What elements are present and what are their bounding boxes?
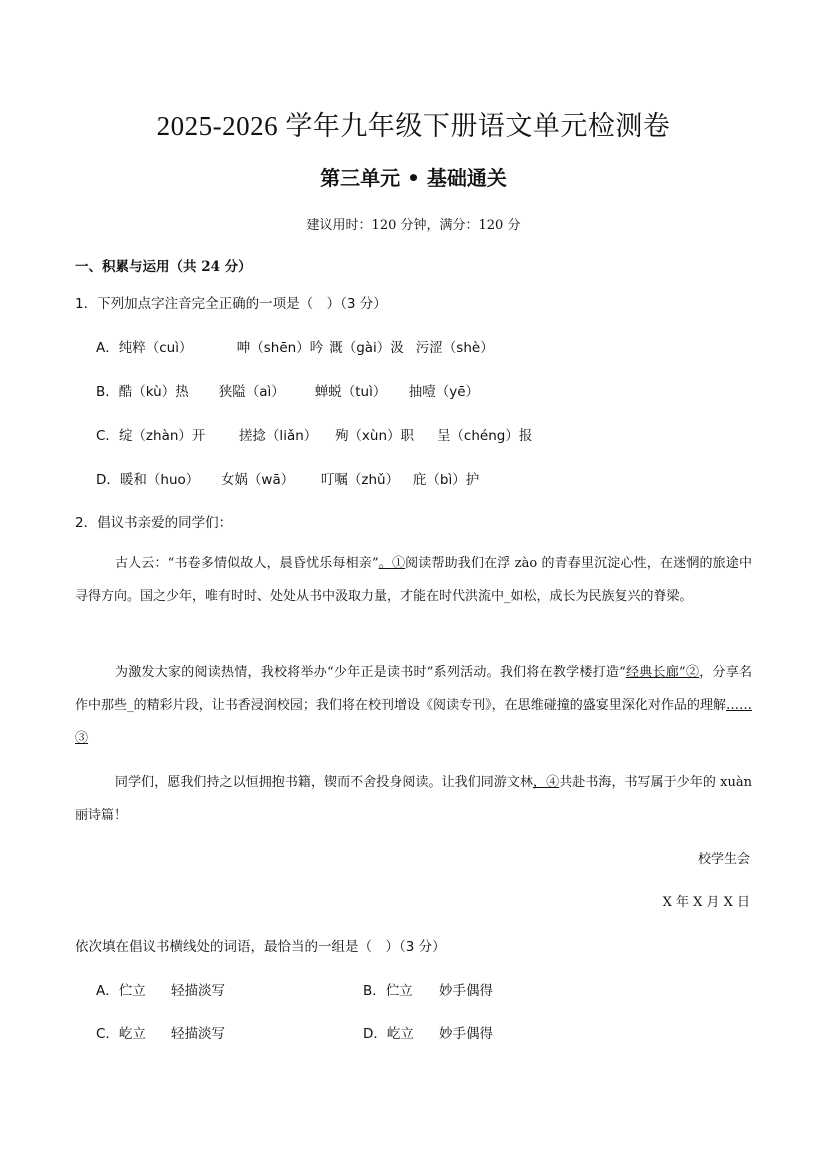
option-label: C． [96,424,119,444]
option-item: 狭隘（aì） [219,380,315,400]
page-title: 2025-2026 学年九年级下册语文单元检测卷 [0,104,827,143]
option-item: 叮嘱（zhǔ） [321,468,413,488]
option-label: A．伫立 [96,979,171,999]
option-value: 妙手偶得 [439,979,493,999]
proposal-paragraph-3: 同学们，愿我们持之以恒拥抱书籍，锲而不舍投身阅读。让我们同游文林，④共赴书海，书… [75,766,752,832]
option-label: A． [96,336,119,356]
question-2-stem: 2．倡议书亲爱的同学们： [75,511,232,531]
option-item: 蝉蜕（tuì） [315,380,409,400]
option-item: 绽（zhàn）开 [119,424,239,444]
marked-text-2: 经典长廊”② [626,665,699,680]
option-label: D． [96,468,120,488]
marked-text-4: ，④ [533,775,559,790]
quote-text: 古人云：“书卷多情似故人，晨昏忧乐每相亲” [115,556,379,571]
option-value: 妙手偶得 [439,1022,493,1042]
date: X 年 X 月 X 日 [663,891,750,910]
q2-option-c: C．屹立轻描淡写 [96,1022,225,1042]
question-1-stem: 1．下列加点字注音完全正确的一项是（ ）（3 分） [75,292,387,312]
option-item: 污涩（shè） [416,336,494,356]
q1-option-a: A．纯粹（cuì）呻（shēn）吟溉（gài）汲污涩（shè） [96,336,494,356]
option-label: C．屹立 [96,1022,171,1042]
paragraph-text: 为激发大家的阅读热情，我校将举办“少年正是读书时”系列活动。我们将在教学楼打造“ [115,665,626,680]
q1-option-b: B．酷（kù）热狭隘（aì）蝉蜕（tuì）抽噎（yē） [96,380,479,400]
option-item: 庇（bì）护 [413,468,479,488]
option-item: 抽噎（yē） [409,380,479,400]
option-item: 呈（chéng）报 [437,424,532,444]
option-item: 殉（xùn）职 [335,424,437,444]
q2-option-a: A．伫立轻描淡写 [96,979,225,999]
option-value: 轻描淡写 [171,1022,225,1042]
option-item: 溉（gài）汲 [329,336,404,356]
option-item: 搓捻（liǎn） [239,424,335,444]
q2-option-b: B．伫立妙手偶得 [363,979,493,999]
proposal-paragraph-2: 为激发大家的阅读热情，我校将举办“少年正是读书时”系列活动。我们将在教学楼打造“… [75,656,752,755]
paragraph-text: 同学们，愿我们持之以恒拥抱书籍，锲而不舍投身阅读。让我们同游文林 [115,775,533,790]
exam-meta: 建议用时：120 分钟，满分：120 分 [0,214,827,233]
option-label: B．伫立 [363,979,439,999]
page-subtitle: 第三单元 • 基础通关 [0,162,827,191]
q1-option-d: D．暖和（huo）女娲（wā）叮嘱（zhǔ）庇（bì）护 [96,468,479,488]
proposal-paragraph-1: 古人云：“书卷多情似故人，晨昏忧乐每相亲”。①阅读帮助我们在浮 zào 的青春里… [75,547,752,613]
option-value: 轻描淡写 [171,979,225,999]
question-2-sub-stem: 依次填在倡议书横线处的词语，最恰当的一组是（ ）（3 分） [75,935,446,955]
q2-option-d: D．屹立妙手偶得 [363,1022,493,1042]
option-item: 纯粹（cuì） [119,336,209,356]
option-label: B． [96,380,119,400]
option-item: 暖和（huo） [120,468,221,488]
option-label: D．屹立 [363,1022,439,1042]
option-item: 呻（shēn）吟 [237,336,323,356]
marked-text-1: 。① [379,556,406,571]
signature: 校学生会 [698,848,750,867]
q1-option-c: C．绽（zhàn）开搓捻（liǎn）殉（xùn）职呈（chéng）报 [96,424,532,444]
option-item: 酷（kù）热 [119,380,219,400]
option-item: 女娲（wā） [221,468,321,488]
section-heading: 一、积累与运用（共 24 分） [75,255,252,275]
